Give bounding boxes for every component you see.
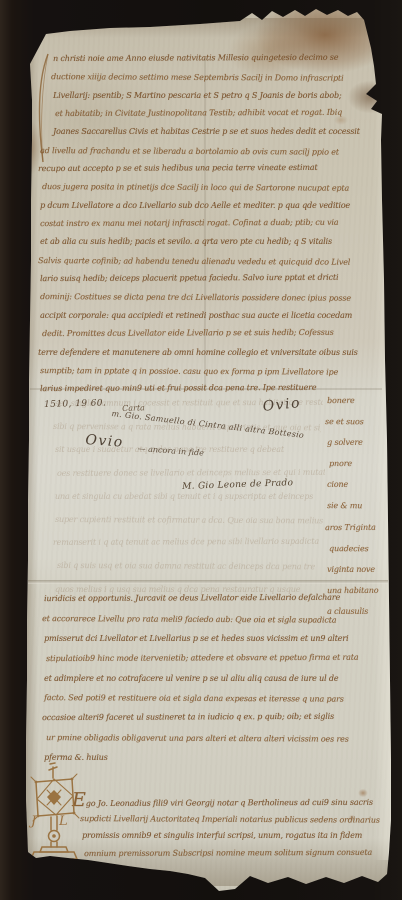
notary-initial-right: L: [59, 814, 68, 829]
manuscript-line: larius impediret quo min9 uti et frui po…: [40, 379, 370, 399]
notary-initial-left: J: [31, 814, 36, 829]
manuscript-line: n christi noie ame Anno eiusde nativitat…: [40, 49, 370, 69]
manuscript-line: accipit corporale: qua accipiedi et reti…: [40, 307, 370, 325]
margin-word: cione: [327, 474, 397, 495]
margin-word: viginta nove: [327, 559, 397, 580]
manuscript-line: stipulatioib9 hinc mode itervenietib; at…: [46, 647, 376, 668]
notary-line: promissis omnib9 et singulis interfui sc…: [82, 827, 382, 845]
lower-text-block: iuridicis et opportunis. Jurcavit oe deu…: [44, 589, 376, 768]
margin-word: aros Triginta: [325, 516, 397, 537]
notary-line: Ego Jo. Leonadius fili9 viri Georgij not…: [72, 791, 382, 810]
ghost-text-line: sibi q suis usq et oia sua damna restitu…: [57, 554, 325, 579]
manuscript-line: et adimplere et no cotrafacere ul venire…: [44, 669, 376, 689]
margin-word: sie & mu: [327, 495, 397, 516]
ovio-annotation-left: Ovio: [85, 432, 124, 451]
manuscript-line: recupo aut accepto p se et suis hedibus …: [38, 159, 370, 179]
notary-line: supdicti Livellarij Auctoritateq Imperia…: [80, 810, 382, 829]
paper-edge-shadow-top: [30, 18, 375, 38]
margin-word: bonere: [327, 390, 397, 411]
margin-word: se et suos: [325, 411, 397, 432]
manuscript-line: Livellarij: psentib; S Martino pescaria …: [40, 87, 370, 105]
manuscript-line: Joanes Saccarellus Civis et habitas Cest…: [40, 123, 370, 141]
manuscript-line: p dcum Livellatore a dco Livellario sub …: [40, 197, 370, 215]
margin-word: quadecies: [329, 538, 397, 559]
manuscript-line: pferma &. huius: [44, 748, 376, 768]
manuscript-line: et accorarece Livellu pro rata meli9 fac…: [42, 609, 376, 631]
manuscript-line: ductione xiiija decimo settimo mese Sept…: [38, 68, 370, 88]
manuscript-line: dedit. Promittes dcus Livellator eide Li…: [42, 324, 370, 344]
manuscript-line: costat instro ex manu mei notarij infras…: [40, 214, 370, 234]
manuscript-page: se i singla damnum i cocessit et restitu…: [0, 0, 402, 900]
manuscript-line: ur pmine obligadis obligaverut una pars …: [46, 728, 376, 750]
photograph-background: se i singla damnum i cocessit et restitu…: [0, 0, 402, 900]
ghost-text-line: remanserit i q atq tenuit ac melius dce …: [53, 530, 321, 554]
notary-signum-icon: [22, 760, 84, 862]
manuscript-line: pmisserut dci Livellator et Livellarius …: [44, 629, 376, 649]
manuscript-line: duos jugera posita in ptinetijs dce Saci…: [42, 178, 370, 198]
notary-subscription-block: Ego Jo. Leonadius fili9 viri Georgij not…: [82, 792, 382, 862]
main-text-block: n christi noie ame Anno eiusde nativitat…: [40, 50, 370, 399]
notary-line: omnium premissorum Subscripsi nomine meu…: [84, 843, 382, 862]
manuscript-line: iuridicis et opportunis. Jurcavit oe deu…: [44, 588, 376, 609]
manuscript-line: terre defendere et manutenere ab omni ho…: [38, 344, 370, 362]
manuscript-line: et habitatib; in Civitate Justinopolitan…: [42, 104, 370, 124]
archival-date-note: 1510, 19 60.: [44, 398, 106, 410]
manuscript-line: occasioe alteri9 faceret ul sustineret t…: [42, 707, 376, 728]
margin-word: pnore: [329, 453, 397, 474]
manuscript-line: et ab alia cu suis hedib; pacis et sevil…: [40, 233, 370, 251]
manuscript-line: lario suisq hedib; deiceps placuerit ppe…: [40, 269, 370, 289]
margin-word: g solvere: [327, 432, 397, 453]
manuscript-line: dominij: Costitues se dicta pena tre dci…: [40, 288, 370, 308]
ghost-text-line: super cupienti restituit et cofirmatur a…: [55, 508, 323, 533]
